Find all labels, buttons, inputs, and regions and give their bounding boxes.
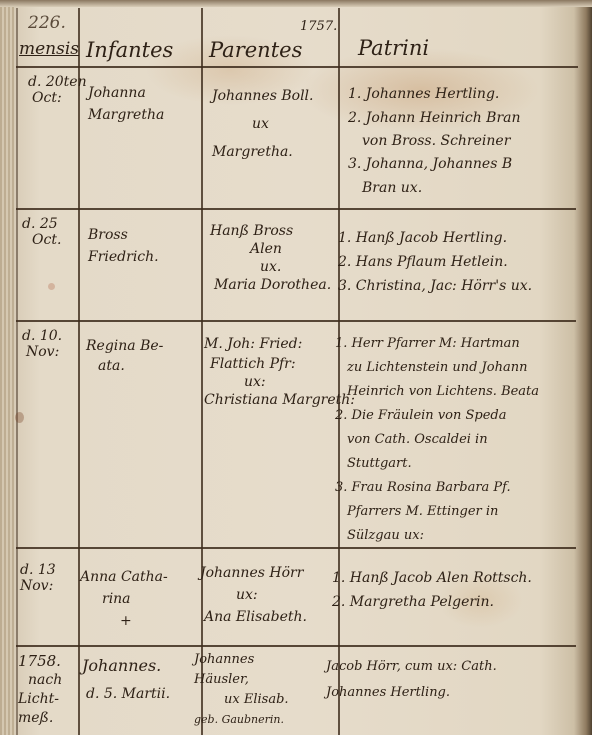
page-top-edge xyxy=(0,0,592,7)
entry-infant: Johannes. d. 5. Martii. xyxy=(82,652,170,708)
entry-parents: Johannes Boll. ux Margretha. xyxy=(212,82,313,166)
column-rule-1 xyxy=(16,8,18,735)
row-rule-1 xyxy=(16,208,576,210)
entry-parents: Hanß Bross Alen ux. Maria Dorothea. xyxy=(210,222,331,294)
entry-parents: M. Joh: Fried: Flattich Pfr: ux: Christi… xyxy=(204,334,355,410)
entry-date: 1758. nach Licht- meß. xyxy=(18,652,62,728)
row-rule-4 xyxy=(16,645,576,647)
entry-godparents: 1. Hanß Jacob Alen Rottsch. 2. Margretha… xyxy=(332,566,532,614)
page-stack-edge xyxy=(0,0,14,735)
header-infantes: Infantes xyxy=(86,38,173,62)
header-patrini: Patrini xyxy=(358,36,429,60)
row-rule-2 xyxy=(16,320,576,322)
entry-parents: Johannes Hörr ux: Ana Elisabeth. xyxy=(200,562,307,628)
entry-godparents: 1. Hanß Jacob Hertling. 2. Hans Pflaum H… xyxy=(338,226,532,298)
entry-date: d. 25 Oct. xyxy=(22,216,61,248)
entry-infant: Anna Catha- rina + xyxy=(80,566,168,632)
year-heading: 1757. xyxy=(300,20,337,35)
entry-godparents: 1. Johannes Hertling. 2. Johann Heinrich… xyxy=(348,82,521,200)
entry-date: d. 13 Nov: xyxy=(20,562,56,594)
entry-date: d. 20ten Oct: xyxy=(28,74,87,106)
entry-infant: Bross Friedrich. xyxy=(88,224,159,268)
header-rule xyxy=(16,66,578,68)
header-parentes: Parentes xyxy=(209,38,302,62)
entry-godparents: Jacob Hörr, cum ux: Cath. Johannes Hertl… xyxy=(326,654,497,706)
entry-parents: Johannes Häusler, ux Elisab. geb. Gaubne… xyxy=(194,650,289,730)
entry-infant: Johanna Margretha xyxy=(88,82,164,126)
entry-godparents: 1. Herr Pfarrer M: Hartman zu Lichtenste… xyxy=(335,332,539,548)
register-page: 226. 1757. mensis Infantes Parentes Patr… xyxy=(0,0,592,735)
entry-infant: Regina Be- ata. xyxy=(86,336,163,376)
ink-blot xyxy=(15,412,24,423)
entry-date: d. 10. Nov: xyxy=(22,328,62,360)
header-mensis: mensis xyxy=(19,40,79,60)
page-number: 226. xyxy=(28,14,66,34)
foxing-spot xyxy=(48,283,55,290)
